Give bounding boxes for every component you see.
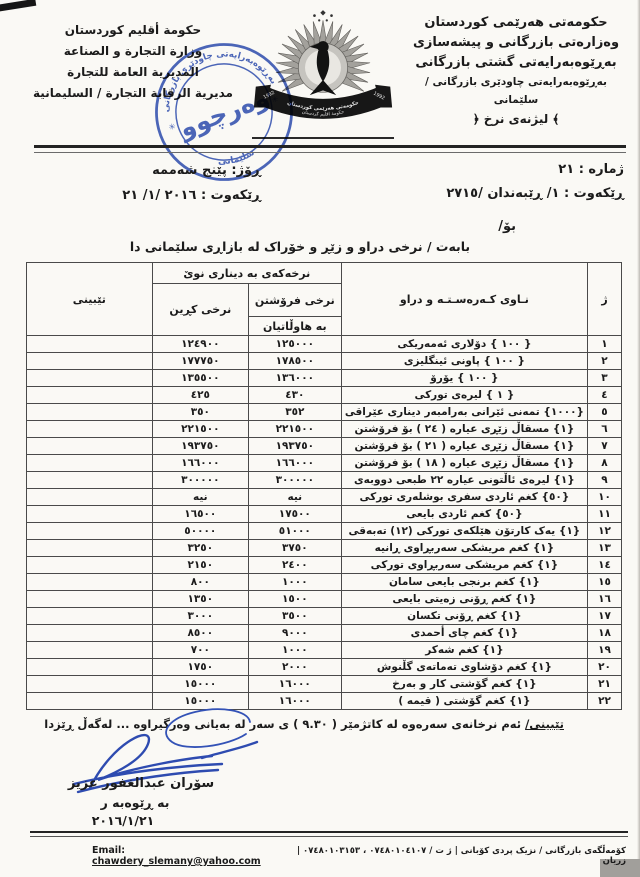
stamp-center-text: وەرچوو: [173, 82, 273, 144]
table-row: ١٨ {١} کغم چای أحمدی ٩٠٠٠ ٨٥٠٠: [26, 625, 621, 642]
sell-price-cell: ١٧٨٥٠٠: [248, 353, 341, 370]
note-cell: [26, 540, 152, 557]
email-address: chawdery_slemany@yahoo.com: [92, 856, 261, 867]
buy-price-cell: ١٥٠٠٠: [152, 676, 248, 693]
kurdish-date: ڕێکەوت : ١/ ڕێبەندان /٢٧١٥: [324, 182, 624, 206]
subject-line: بابەت / نرخی دراو و زێڕ و خۆراک لە بازاڕ…: [0, 239, 600, 254]
note-cell: [26, 421, 152, 438]
footer: Email: chawdery_slemany@yahoo.com كۆمەڵگ…: [92, 845, 626, 867]
col-header-buy-price: نرخی کڕین: [152, 284, 248, 336]
table-row: ١٦ {١} کغم ڕۆنی زەیتی بایعی ١٥٠٠ ١٣٥٠: [26, 591, 621, 608]
meta-reference-block: ژمارە : ٢١ ڕێکەوت : ١/ ڕێبەندان /٢٧١٥: [324, 158, 624, 206]
item-name-cell: {١} کغم ڕۆنی زەیتی بایعی: [341, 591, 587, 608]
sell-price-cell: ١٣٦٠٠٠: [248, 370, 341, 387]
row-number-cell: ١٣: [588, 540, 622, 557]
row-number-cell: ١: [588, 336, 622, 353]
scanned-price-list-document: حکومەتی هەرێمی کوردستان وەزارەتی بازرگان…: [0, 0, 640, 877]
sell-price-cell: ٢٠٠٠: [248, 659, 341, 676]
buy-price-cell: ٧٠٠: [152, 642, 248, 659]
note-cell: [26, 642, 152, 659]
buy-price-cell: ١٦٥٠٠: [152, 506, 248, 523]
item-name-cell: {١} کغم مریشکی سەربڕاوی تورکی: [341, 557, 587, 574]
buy-price-cell: ٢٢١٥٠٠: [152, 421, 248, 438]
buy-price-cell: ٣٥٠: [152, 404, 248, 421]
col-header-number: ژ: [588, 263, 622, 336]
buy-price-cell: ٣٢٥٠: [152, 540, 248, 557]
note-cell: [26, 659, 152, 676]
to-label: بۆ/: [498, 219, 516, 234]
header-divider: [34, 145, 626, 153]
row-number-cell: ١٥: [588, 574, 622, 591]
item-name-cell: { ١ } لیرەی تورکی: [341, 387, 587, 404]
note-cell: [26, 438, 152, 455]
note-cell: [26, 676, 152, 693]
signatory-name: سۆران عبدالغفور عزیز: [55, 776, 227, 791]
email-label: Email:: [92, 845, 125, 856]
letterhead-line: بەڕێوەبەرایەتی گشتی بازرگانی: [402, 53, 630, 73]
note-cell: [26, 387, 152, 404]
buy-price-cell: ١٣٥٥٠٠: [152, 370, 248, 387]
row-number-cell: ٧: [588, 438, 622, 455]
buy-price-cell: ١٧٧٧٥٠: [152, 353, 248, 370]
row-number-cell: ١٤: [588, 557, 622, 574]
row-number-cell: ٢٢: [588, 693, 622, 710]
sell-price-cell: ١٠٠٠: [248, 574, 341, 591]
item-name-cell: {١} کغم مریشکی سەربڕاوی ڕانیە: [341, 540, 587, 557]
buy-price-cell: ١٩٣٧٥٠: [152, 438, 248, 455]
item-name-cell: {١} مسقاڵ زێڕی عیارە ( ٢٤ ) بۆ فرۆشتن: [341, 421, 587, 438]
row-number-cell: ١٨: [588, 625, 622, 642]
letterhead-line: حکومەتی هەرێمی کوردستان: [402, 13, 630, 33]
sell-price-cell: ٣٠٠٠٠٠: [248, 472, 341, 489]
buy-price-cell: ١٧٥٠: [152, 659, 248, 676]
table-row: ٢٠ {١} کغم دۆشاوی تەماتەی گڵنوش ٢٠٠٠ ١٧٥…: [26, 659, 621, 676]
col-header-sell-sub: بە هاوڵاتیان: [248, 317, 341, 336]
note-cell: [26, 353, 152, 370]
item-name-cell: {٥٠} کغم ئاردی سفری بوشلەری تورکی: [341, 489, 587, 506]
sell-price-cell: ١٢٥٠٠٠: [248, 336, 341, 353]
note-cell: [26, 557, 152, 574]
note-cell: [26, 370, 152, 387]
meta-day-block: ڕۆژ: پێنج شەممە ڕێکەوت : ٢٠١٦ /١/ ٢١: [45, 158, 261, 208]
note-cell: [26, 455, 152, 472]
note-cell: [26, 489, 152, 506]
item-name-cell: {١} کغم گۆشتی کار و بەرخ: [341, 676, 587, 693]
table-row: ١٤ {١} کغم مریشکی سەربڕاوی تورکی ٢٤٠٠ ٢١…: [26, 557, 621, 574]
item-name-cell: {١} کغم دۆشاوی تەماتەی گڵنوش: [341, 659, 587, 676]
item-name-cell: {١} مسقاڵ زێڕی عیارە ( ٢١ ) بۆ فرۆشتن: [341, 438, 587, 455]
note-cell: [26, 693, 152, 710]
table-row: ٤ { ١ } لیرەی تورکی ٤٣٠ ٤٢٥: [26, 387, 621, 404]
row-number-cell: ٢٠: [588, 659, 622, 676]
item-name-cell: {١٠٠٠} تمەنی ئێرانی بەرامبەر دیناری عێرا…: [341, 404, 587, 421]
row-number-cell: ٩: [588, 472, 622, 489]
sell-price-cell: ٢٢١٥٠٠: [248, 421, 341, 438]
emblem-stars-icon: [313, 10, 333, 21]
buy-price-cell: ٨٠٠: [152, 574, 248, 591]
contact-line: كۆمەڵگەی بازرگانی / نزیک پردی كۆبانی | ژ…: [287, 846, 626, 866]
col-header-item-name: نـاوی کـەرەسـتـە و دراو: [341, 263, 587, 336]
note-cell: [26, 506, 152, 523]
stamp-star-left: ✳: [167, 121, 176, 132]
signature-date: ٢٠١٦/١/٢١: [48, 813, 198, 828]
buy-price-cell: ٢١٥٠: [152, 557, 248, 574]
scan-corner-artifact: [0, 0, 36, 12]
stamp-star-right: ✳: [270, 93, 279, 104]
table-row: ١٣ {١} کغم مریشکی سەربڕاوی ڕانیە ٣٧٥٠ ٣٢…: [26, 540, 621, 557]
buy-price-cell: ١٢٤٩٠٠: [152, 336, 248, 353]
table-row: ١٠ {٥٠} کغم ئاردی سفری بوشلەری تورکی نیە…: [26, 489, 621, 506]
table-row: ٨ {١} مسقاڵ زێڕی عیارە ( ١٨ ) بۆ فرۆشتن …: [26, 455, 621, 472]
note-cell: [26, 472, 152, 489]
note-cell: [26, 608, 152, 625]
note-cell: [26, 574, 152, 591]
signatory-title: بە ڕێوەبە ر: [55, 795, 215, 810]
note-cell: [26, 404, 152, 421]
table-row: ١٥ {١} کغم برنجی بایعی سامان ١٠٠٠ ٨٠٠: [26, 574, 621, 591]
note-cell: [26, 336, 152, 353]
item-name-cell: {١} یەک کارتۆن هێلکەی تورکی (١٢) تەبەقی: [341, 523, 587, 540]
buy-price-cell: ٤٢٥: [152, 387, 248, 404]
table-row: ١٧ {١} کغم ڕۆنی تکسان ٣٥٠٠ ٣٠٠٠: [26, 608, 621, 625]
table-row: ٩ {١} لیرەی ئاڵتونی عیارە ٢٢ طبعی دووبەی…: [26, 472, 621, 489]
letterhead-line: بەڕێوەبەرایەتی چاودێری بازرگانی / سلێمان…: [402, 73, 630, 109]
col-header-sell-price: نرخی فرۆشتن: [248, 284, 341, 317]
item-name-cell: {١} لیرەی ئاڵتونی عیارە ٢٢ طبعی دووبەی: [341, 472, 587, 489]
table-row: ٢١ {١} کغم گۆشتی کار و بەرخ ١٦٠٠٠ ١٥٠٠٠: [26, 676, 621, 693]
letterhead-kurdish: حکومەتی هەرێمی کوردستان وەزارەتی بازرگان…: [402, 13, 630, 129]
table-row: ٧ {١} مسقاڵ زێڕی عیارە ( ٢١ ) بۆ فرۆشتن …: [26, 438, 621, 455]
sell-price-cell: ٤٣٠: [248, 387, 341, 404]
note-cell: [26, 591, 152, 608]
footer-divider: [30, 831, 628, 837]
sell-price-cell: ١٦٦٠٠٠: [248, 455, 341, 472]
sell-price-cell: ١٧٥٠٠: [248, 506, 341, 523]
row-number-cell: ١٧: [588, 608, 622, 625]
buy-price-cell: ٣٠٠٠: [152, 608, 248, 625]
table-row: ٥ {١٠٠٠} تمەنی ئێرانی بەرامبەر دیناری عێ…: [26, 404, 621, 421]
note-cell: [26, 523, 152, 540]
email-line: Email: chawdery_slemany@yahoo.com: [92, 845, 287, 867]
sell-price-cell: ٣٧٥٠: [248, 540, 341, 557]
table-row: ١٩ {١} کغم شەکر ١٠٠٠ ٧٠٠: [26, 642, 621, 659]
row-number-cell: ١١: [588, 506, 622, 523]
buy-price-cell: نیە: [152, 489, 248, 506]
item-name-cell: { ١٠٠ } یۆرۆ: [341, 370, 587, 387]
table-row: ١ { ١٠٠ } دۆلاری ئەمەریکی ١٢٥٠٠٠ ١٢٤٩٠٠: [26, 336, 621, 353]
row-number-cell: ٢١: [588, 676, 622, 693]
item-name-cell: {١} کغم گۆشتی ( قیمە ): [341, 693, 587, 710]
gregorian-date: ڕێکەوت : ٢٠١٦ /١/ ٢١: [45, 183, 261, 208]
table-row: ١١ {٥٠} کغم ئاردی بایعی ١٧٥٠٠ ١٦٥٠٠: [26, 506, 621, 523]
col-header-price-group: نرخەکەی بە دیناری نوێ: [152, 263, 341, 284]
sell-price-cell: ٥١٠٠٠: [248, 523, 341, 540]
row-number-cell: ٥: [588, 404, 622, 421]
row-number-cell: ٤: [588, 387, 622, 404]
day-of-week: ڕۆژ: پێنج شەممە: [45, 158, 261, 183]
price-table-header: ژ نـاوی کـەرەسـتـە و دراو نرخەکەی بە دین…: [26, 263, 621, 336]
sell-price-cell: ١٦٠٠٠: [248, 676, 341, 693]
sell-price-cell: ٣٥٢: [248, 404, 341, 421]
sell-price-cell: ٢٤٠٠: [248, 557, 341, 574]
item-name-cell: {١} کغم چای أحمدی: [341, 625, 587, 642]
table-row: ٢ { ١٠٠ } پاونی ئینگلیزی ١٧٨٥٠٠ ١٧٧٧٥٠: [26, 353, 621, 370]
letter-number: ژمارە : ٢١: [324, 158, 624, 182]
sell-price-cell: ١٥٠٠: [248, 591, 341, 608]
row-number-cell: ١٢: [588, 523, 622, 540]
col-header-notes: تێبینی: [26, 263, 152, 336]
row-number-cell: ١٠: [588, 489, 622, 506]
row-number-cell: ٣: [588, 370, 622, 387]
sell-price-cell: نیە: [248, 489, 341, 506]
row-number-cell: ٨: [588, 455, 622, 472]
letterhead-line: وەزارەتی بازرگانی و پیشەسازی: [402, 33, 630, 53]
sell-price-cell: ١٩٣٧٥٠: [248, 438, 341, 455]
row-number-cell: ١٩: [588, 642, 622, 659]
item-name-cell: {١} کغم برنجی بایعی سامان: [341, 574, 587, 591]
price-table: ژ نـاوی کـەرەسـتـە و دراو نرخەکەی بە دین…: [26, 262, 622, 710]
row-number-cell: ٦: [588, 421, 622, 438]
sell-price-cell: ١٠٠٠: [248, 642, 341, 659]
row-number-cell: ١٦: [588, 591, 622, 608]
row-number-cell: ٢: [588, 353, 622, 370]
sell-price-cell: ٣٥٠٠: [248, 608, 341, 625]
buy-price-cell: ٣٠٠٠٠٠: [152, 472, 248, 489]
table-row: ١٢ {١} یەک کارتۆن هێلکەی تورکی (١٢) تەبە…: [26, 523, 621, 540]
footnote-label: تێبینی/: [525, 717, 564, 731]
table-row: ٦ {١} مسقاڵ زێڕی عیارە ( ٢٤ ) بۆ فرۆشتن …: [26, 421, 621, 438]
table-row: ٣ { ١٠٠ } یۆرۆ ١٣٦٠٠٠ ١٣٥٥٠٠: [26, 370, 621, 387]
item-name-cell: { ١٠٠ } دۆلاری ئەمەریکی: [341, 336, 587, 353]
buy-price-cell: ١٣٥٠: [152, 591, 248, 608]
item-name-cell: {١} مسقاڵ زێڕی عیارە ( ١٨ ) بۆ فرۆشتن: [341, 455, 587, 472]
buy-price-cell: ١٦٦٠٠٠: [152, 455, 248, 472]
buy-price-cell: ٥٠٠٠٠: [152, 523, 248, 540]
buy-price-cell: ٨٥٠٠: [152, 625, 248, 642]
note-cell: [26, 625, 152, 642]
item-name-cell: {٥٠} کغم ئاردی بایعی: [341, 506, 587, 523]
price-table-body: ١ { ١٠٠ } دۆلاری ئەمەریکی ١٢٥٠٠٠ ١٢٤٩٠٠ …: [26, 336, 621, 710]
price-committee-label: ﴾ لیژنەی نرخ ﴿: [402, 109, 630, 129]
item-name-cell: {١} کغم شەکر: [341, 642, 587, 659]
item-name-cell: { ١٠٠ } پاونی ئینگلیزی: [341, 353, 587, 370]
item-name-cell: {١} کغم ڕۆنی تکسان: [341, 608, 587, 625]
sell-price-cell: ٩٠٠٠: [248, 625, 341, 642]
table-row: ٢٢ {١} کغم گۆشتی ( قیمە ) ١٦٠٠٠ ١٥٠٠٠: [26, 693, 621, 710]
